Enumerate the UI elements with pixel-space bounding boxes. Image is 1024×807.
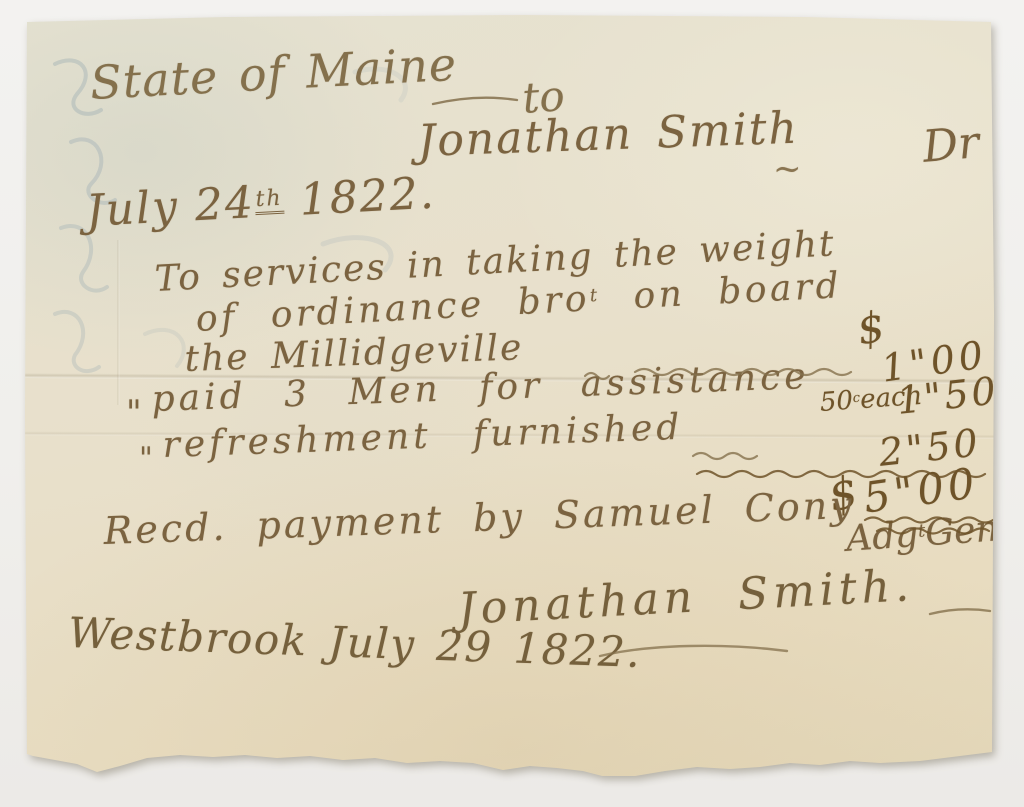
item-3-ditto-mark: " (139, 444, 153, 474)
adjutant-title: AdgtGen. (845, 511, 1011, 558)
item-1-line-2-sup: t (589, 285, 601, 307)
item-2-amount: 1"50 (895, 371, 1000, 419)
bleedthrough-stroke-4 (55, 312, 99, 371)
bleedthrough-smudge-3 (145, 330, 184, 366)
debit-abbr: Dr (921, 121, 981, 170)
adjutant-title-b: Gen. (924, 508, 1011, 555)
paper-shadow-wrap: State of Maine to Jonathan Smith ~ Dr Ju… (25, 14, 995, 776)
payee-flourish: ~ (773, 152, 802, 186)
column-dollar-sign: $ (854, 305, 888, 351)
date-prefix: July 24 (85, 177, 256, 237)
date-ordinal-sup: th (254, 186, 284, 215)
flourish-dash-after-payer (433, 98, 517, 104)
page-background: State of Maine to Jonathan Smith ~ Dr Ju… (0, 0, 1024, 807)
flourish-dash-after-furnished (693, 453, 757, 459)
payee-line: Jonathan Smith (417, 107, 800, 164)
item-2-ditto-mark: " (126, 396, 142, 430)
vertical-fold-crease (117, 240, 120, 405)
item-3-text: refreshment furnished (162, 410, 684, 464)
adjutant-title-a: Adg (845, 514, 920, 560)
document-paper: State of Maine to Jonathan Smith ~ Dr Ju… (25, 14, 995, 776)
flourish-dash-after-signature (930, 609, 990, 614)
date-line: July 24th 1822. (85, 172, 437, 234)
signature-line: Jonathan Smith. (457, 564, 915, 632)
date-year: 1822. (298, 168, 436, 226)
payer-line: State of Maine (89, 41, 458, 106)
rate-num: 50 (819, 386, 854, 418)
receipt-line: Recd. payment by Samuel Cony (103, 486, 855, 550)
